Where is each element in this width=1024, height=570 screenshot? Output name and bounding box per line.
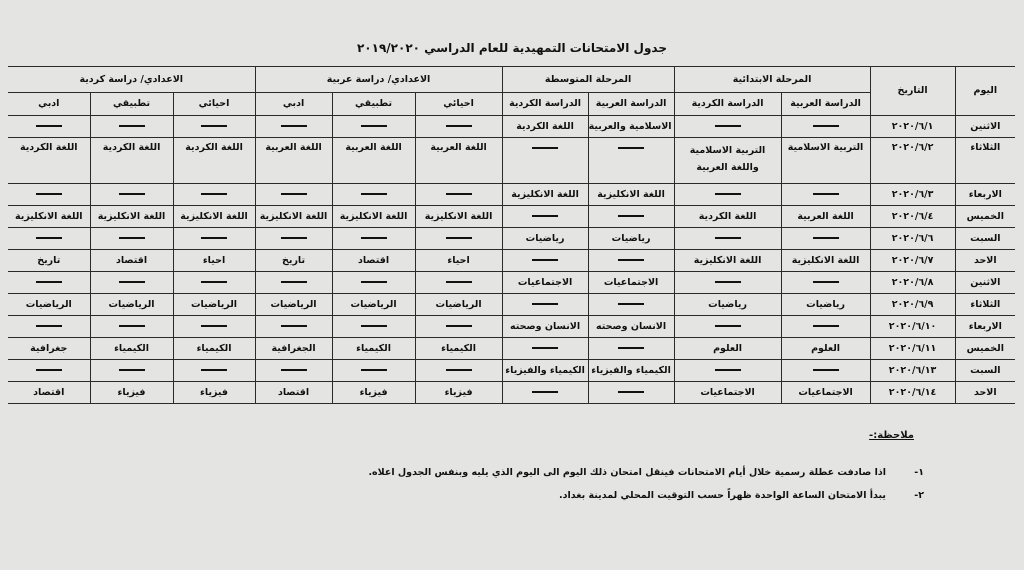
cell-intermediate-kurdish: الانسان وصحته <box>502 316 588 338</box>
dash-icon <box>813 281 839 283</box>
dash-icon <box>715 237 741 239</box>
cell-intermediate-kurdish: الاجتماعيات <box>502 272 588 294</box>
cell-prep-kurdish-literary-empty <box>8 360 90 382</box>
cell-prep-kurdish-applied-empty <box>90 228 173 250</box>
dash-icon <box>361 125 387 127</box>
dash-icon <box>119 193 145 195</box>
cell-primary-kurdish: العلوم <box>674 338 781 360</box>
table-row: الخميس٢٠٢٠/٦/٤اللغة العربيةاللغة الكردية… <box>8 206 1015 228</box>
cell-prep-kurdish-literary-empty <box>8 184 90 206</box>
header-prep-kurdish-biology: احيائي <box>173 93 255 116</box>
dash-icon <box>201 237 227 239</box>
header-date: التاريخ <box>870 67 955 116</box>
header-stage-prep-kurdish: الاعدادي/ دراسة كردية <box>8 67 255 93</box>
cell-prep-arabic-biology: الرياضيات <box>415 294 502 316</box>
header-row-tracks: الدراسة العربية الدراسة الكردية الدراسة … <box>8 93 1015 116</box>
cell-prep-arabic-literary-empty <box>255 272 332 294</box>
cell-primary-arabic: التربية الاسلامية <box>781 138 870 184</box>
cell-prep-arabic-biology-empty <box>415 228 502 250</box>
cell-date: ٢٠٢٠/٦/١٣ <box>870 360 955 382</box>
header-stage-intermediate: المرحلة المتوسطة <box>502 67 674 93</box>
cell-prep-kurdish-applied-empty <box>90 184 173 206</box>
cell-prep-kurdish-biology: احياء <box>173 250 255 272</box>
header-day: اليوم <box>955 67 1015 116</box>
cell-prep-kurdish-biology: فيزياء <box>173 382 255 404</box>
cell-date: ٢٠٢٠/٦/٢ <box>870 138 955 184</box>
dash-icon <box>532 259 558 261</box>
cell-prep-kurdish-literary-empty <box>8 228 90 250</box>
cell-primary-arabic-empty <box>781 184 870 206</box>
cell-prep-kurdish-literary: اقتصاد <box>8 382 90 404</box>
note-number: ٢- <box>886 490 924 501</box>
table-row: السبت٢٠٢٠/٦/١٣الكيمياء والفيزياءالكيمياء… <box>8 360 1015 382</box>
cell-prep-kurdish-biology-empty <box>173 184 255 206</box>
header-prep-arabic-applied: تطبيقي <box>332 93 415 116</box>
cell-day: الخميس <box>955 338 1015 360</box>
dash-icon <box>36 193 62 195</box>
cell-prep-arabic-biology-empty <box>415 184 502 206</box>
cell-prep-arabic-literary-empty <box>255 360 332 382</box>
cell-prep-kurdish-biology: اللغة الكردية <box>173 138 255 184</box>
dash-icon <box>813 325 839 327</box>
dash-icon <box>715 325 741 327</box>
dash-icon <box>446 281 472 283</box>
cell-day: الاربعاء <box>955 184 1015 206</box>
cell-day: الاحد <box>955 250 1015 272</box>
cell-primary-kurdish: اللغة الانكليزية <box>674 250 781 272</box>
cell-intermediate-arabic: رياضيات <box>588 228 674 250</box>
cell-prep-kurdish-literary: تاريخ <box>8 250 90 272</box>
dash-icon <box>119 281 145 283</box>
cell-day: الاثنين <box>955 272 1015 294</box>
dash-icon <box>813 237 839 239</box>
cell-prep-arabic-literary-empty <box>255 116 332 138</box>
dash-icon <box>618 347 644 349</box>
cell-day: الاحد <box>955 382 1015 404</box>
cell-prep-kurdish-literary-empty <box>8 316 90 338</box>
dash-icon <box>119 125 145 127</box>
dash-icon <box>361 193 387 195</box>
cell-date: ٢٠٢٠/٦/٦ <box>870 228 955 250</box>
cell-prep-kurdish-biology: اللغة الانكليزية <box>173 206 255 228</box>
cell-date: ٢٠٢٠/٦/٤ <box>870 206 955 228</box>
cell-prep-kurdish-applied-empty <box>90 272 173 294</box>
cell-prep-arabic-applied: اقتصاد <box>332 250 415 272</box>
cell-prep-kurdish-literary: الرياضيات <box>8 294 90 316</box>
cell-primary-kurdish-empty <box>674 360 781 382</box>
cell-day: الاثنين <box>955 116 1015 138</box>
dash-icon <box>201 369 227 371</box>
table-row: الاحد٢٠٢٠/٦/٧اللغة الانكليزيةاللغة الانك… <box>8 250 1015 272</box>
header-prep-arabic-biology: احيائي <box>415 93 502 116</box>
cell-intermediate-kurdish-empty <box>502 250 588 272</box>
cell-intermediate-arabic: الكيمياء والفيزياء <box>588 360 674 382</box>
cell-day: الاربعاء <box>955 316 1015 338</box>
cell-prep-arabic-applied-empty <box>332 116 415 138</box>
cell-date: ٢٠٢٠/٦/١٠ <box>870 316 955 338</box>
cell-date: ٢٠٢٠/٦/١١ <box>870 338 955 360</box>
cell-primary-kurdish-empty <box>674 184 781 206</box>
table-row: السبت٢٠٢٠/٦/٦رياضياترياضيات <box>8 228 1015 250</box>
cell-primary-kurdish: اللغة الكردية <box>674 206 781 228</box>
cell-date: ٢٠٢٠/٦/٩ <box>870 294 955 316</box>
dash-icon <box>618 391 644 393</box>
dash-icon <box>36 281 62 283</box>
cell-prep-arabic-literary: الرياضيات <box>255 294 332 316</box>
cell-intermediate-kurdish: اللغة الانكليزية <box>502 184 588 206</box>
dash-icon <box>618 259 644 261</box>
header-prep-kurdish-literary: ادبي <box>8 93 90 116</box>
cell-primary-arabic: العلوم <box>781 338 870 360</box>
dash-icon <box>281 325 307 327</box>
cell-prep-arabic-applied: الكيمياء <box>332 338 415 360</box>
header-prep-kurdish-applied: تطبيقي <box>90 93 173 116</box>
dash-icon <box>201 125 227 127</box>
dash-icon <box>715 281 741 283</box>
cell-prep-kurdish-applied: الرياضيات <box>90 294 173 316</box>
cell-prep-kurdish-biology-empty <box>173 228 255 250</box>
cell-prep-arabic-applied: فيزياء <box>332 382 415 404</box>
dash-icon <box>715 369 741 371</box>
dash-icon <box>119 237 145 239</box>
table-row: الاربعاء٢٠٢٠/٦/٣اللغة الانكليزيةاللغة ال… <box>8 184 1015 206</box>
dash-icon <box>361 237 387 239</box>
cell-prep-kurdish-biology-empty <box>173 116 255 138</box>
cell-prep-arabic-applied-empty <box>332 228 415 250</box>
dash-icon <box>532 215 558 217</box>
cell-primary-kurdish: الاجتماعيات <box>674 382 781 404</box>
cell-day: الثلاثاء <box>955 138 1015 184</box>
table-row: الاثنين٢٠٢٠/٦/١الاسلامية والعربيةاللغة ا… <box>8 116 1015 138</box>
dash-icon <box>361 369 387 371</box>
dash-icon <box>281 237 307 239</box>
cell-primary-arabic-empty <box>781 228 870 250</box>
dash-icon <box>446 237 472 239</box>
dash-icon <box>446 193 472 195</box>
cell-prep-kurdish-biology: الرياضيات <box>173 294 255 316</box>
cell-intermediate-kurdish: رياضيات <box>502 228 588 250</box>
dash-icon <box>281 125 307 127</box>
cell-prep-kurdish-literary: اللغة الكردية <box>8 138 90 184</box>
header-intermediate-arabic: الدراسة العربية <box>588 93 674 116</box>
cell-intermediate-arabic-empty <box>588 138 674 184</box>
cell-date: ٢٠٢٠/٦/٨ <box>870 272 955 294</box>
dash-icon <box>36 237 62 239</box>
cell-prep-arabic-biology-empty <box>415 316 502 338</box>
cell-prep-kurdish-literary: اللغة الانكليزية <box>8 206 90 228</box>
cell-primary-arabic-empty <box>781 316 870 338</box>
cell-intermediate-arabic-empty <box>588 250 674 272</box>
dash-icon <box>36 325 62 327</box>
cell-date: ٢٠٢٠/٦/٣ <box>870 184 955 206</box>
cell-prep-arabic-biology: اللغة العربية <box>415 138 502 184</box>
dash-icon <box>201 193 227 195</box>
dash-icon <box>532 147 558 149</box>
dash-icon <box>618 215 644 217</box>
document-title: جدول الامتحانات التمهيدية للعام الدراسي … <box>0 41 1024 55</box>
cell-prep-arabic-applied-empty <box>332 316 415 338</box>
table-row: الخميس٢٠٢٠/٦/١١العلومالعلومالكيمياءالكيم… <box>8 338 1015 360</box>
dash-icon <box>119 325 145 327</box>
cell-prep-arabic-biology-empty <box>415 272 502 294</box>
dash-icon <box>715 193 741 195</box>
dash-icon <box>36 369 62 371</box>
note-item: ٢- يبدأ الامتحان الساعة الواحدة ظهراً حس… <box>559 490 924 501</box>
dash-icon <box>532 391 558 393</box>
dash-icon <box>715 125 741 127</box>
dash-icon <box>281 369 307 371</box>
cell-prep-kurdish-applied: الكيمياء <box>90 338 173 360</box>
cell-day: السبت <box>955 228 1015 250</box>
cell-intermediate-kurdish-empty <box>502 338 588 360</box>
cell-prep-kurdish-biology: الكيمياء <box>173 338 255 360</box>
cell-prep-arabic-biology: احياء <box>415 250 502 272</box>
cell-prep-kurdish-applied: اللغة الانكليزية <box>90 206 173 228</box>
cell-intermediate-arabic: الانسان وصحته <box>588 316 674 338</box>
cell-prep-kurdish-applied: اقتصاد <box>90 250 173 272</box>
cell-prep-kurdish-biology-empty <box>173 316 255 338</box>
dash-icon <box>813 193 839 195</box>
cell-intermediate-kurdish-empty <box>502 206 588 228</box>
cell-intermediate-kurdish-empty <box>502 382 588 404</box>
cell-prep-arabic-literary-empty <box>255 228 332 250</box>
cell-primary-arabic: اللغة الانكليزية <box>781 250 870 272</box>
cell-prep-kurdish-biology-empty <box>173 272 255 294</box>
note-item: ١- اذا صادفت عطلة رسمية خلال أيام الامتح… <box>368 467 924 478</box>
cell-primary-arabic: رياضيات <box>781 294 870 316</box>
dash-icon <box>201 325 227 327</box>
cell-prep-arabic-applied: اللغة العربية <box>332 138 415 184</box>
cell-prep-kurdish-applied-empty <box>90 360 173 382</box>
dash-icon <box>446 325 472 327</box>
cell-prep-kurdish-biology-empty <box>173 360 255 382</box>
header-row-stages: اليوم التاريخ المرحلة الابتدائية المرحلة… <box>8 67 1015 93</box>
cell-day: الثلاثاء <box>955 294 1015 316</box>
dash-icon <box>281 193 307 195</box>
dash-icon <box>361 281 387 283</box>
cell-primary-arabic-empty <box>781 272 870 294</box>
header-stage-prep-arabic: الاعدادي/ دراسة عربية <box>255 67 502 93</box>
dash-icon <box>618 303 644 305</box>
cell-date: ٢٠٢٠/٦/١ <box>870 116 955 138</box>
cell-day: السبت <box>955 360 1015 382</box>
exam-schedule-table: اليوم التاريخ المرحلة الابتدائية المرحلة… <box>8 66 1015 404</box>
note-text: يبدأ الامتحان الساعة الواحدة ظهراً حسب ا… <box>559 490 886 501</box>
dash-icon <box>281 281 307 283</box>
dash-icon <box>361 325 387 327</box>
header-primary-arabic: الدراسة العربية <box>781 93 870 116</box>
cell-primary-kurdish-empty <box>674 316 781 338</box>
cell-intermediate-arabic-empty <box>588 206 674 228</box>
header-intermediate-kurdish: الدراسة الكردية <box>502 93 588 116</box>
header-prep-arabic-literary: ادبي <box>255 93 332 116</box>
cell-prep-arabic-applied-empty <box>332 360 415 382</box>
cell-prep-kurdish-applied-empty <box>90 316 173 338</box>
cell-primary-kurdish-empty <box>674 116 781 138</box>
table-row: الاحد٢٠٢٠/٦/١٤الاجتماعياتالاجتماعياتفيزي… <box>8 382 1015 404</box>
dash-icon <box>618 147 644 149</box>
table-row: الاربعاء٢٠٢٠/٦/١٠الانسان وصحتهالانسان وص… <box>8 316 1015 338</box>
dash-icon <box>532 303 558 305</box>
cell-intermediate-arabic: اللغة الانكليزية <box>588 184 674 206</box>
cell-primary-arabic-empty <box>781 360 870 382</box>
cell-date: ٢٠٢٠/٦/١٤ <box>870 382 955 404</box>
cell-intermediate-kurdish: الكيمياء والفيزياء <box>502 360 588 382</box>
cell-intermediate-arabic-empty <box>588 382 674 404</box>
dash-icon <box>813 369 839 371</box>
table-row: الاثنين٢٠٢٠/٦/٨الاجتماعياتالاجتماعيات <box>8 272 1015 294</box>
dash-icon <box>36 125 62 127</box>
cell-prep-arabic-applied: الرياضيات <box>332 294 415 316</box>
cell-prep-arabic-literary: الجغرافية <box>255 338 332 360</box>
dash-icon <box>532 347 558 349</box>
cell-prep-arabic-biology: اللغة الانكليزية <box>415 206 502 228</box>
table-row: الثلاثاء٢٠٢٠/٦/٢التربية الاسلاميةالتربية… <box>8 138 1015 184</box>
note-text: اذا صادفت عطلة رسمية خلال أيام الامتحانا… <box>368 467 886 478</box>
cell-prep-arabic-literary: تاريخ <box>255 250 332 272</box>
cell-prep-arabic-literary: اقتصاد <box>255 382 332 404</box>
cell-intermediate-arabic-empty <box>588 294 674 316</box>
note-number: ١- <box>886 467 924 478</box>
cell-primary-arabic: الاجتماعيات <box>781 382 870 404</box>
cell-day: الخميس <box>955 206 1015 228</box>
header-stage-primary: المرحلة الابتدائية <box>674 67 870 93</box>
cell-intermediate-kurdish-empty <box>502 138 588 184</box>
exam-schedule-table-wrapper: اليوم التاريخ المرحلة الابتدائية المرحلة… <box>8 66 1015 404</box>
cell-primary-kurdish: رياضيات <box>674 294 781 316</box>
cell-prep-arabic-literary-empty <box>255 184 332 206</box>
cell-intermediate-arabic: الاجتماعيات <box>588 272 674 294</box>
cell-prep-arabic-literary: اللغة الانكليزية <box>255 206 332 228</box>
cell-prep-arabic-biology-empty <box>415 116 502 138</box>
header-primary-kurdish: الدراسة الكردية <box>674 93 781 116</box>
cell-primary-kurdish-empty <box>674 228 781 250</box>
cell-prep-arabic-applied: اللغة الانكليزية <box>332 206 415 228</box>
cell-prep-kurdish-literary-empty <box>8 272 90 294</box>
cell-prep-arabic-biology-empty <box>415 360 502 382</box>
cell-primary-kurdish-empty <box>674 272 781 294</box>
cell-prep-arabic-literary: اللغة العربية <box>255 138 332 184</box>
dash-icon <box>119 369 145 371</box>
cell-prep-arabic-applied-empty <box>332 272 415 294</box>
cell-prep-kurdish-literary: جغرافية <box>8 338 90 360</box>
cell-prep-kurdish-literary-empty <box>8 116 90 138</box>
cell-intermediate-arabic: الاسلامية والعربية <box>588 116 674 138</box>
cell-date: ٢٠٢٠/٦/٧ <box>870 250 955 272</box>
cell-intermediate-arabic-empty <box>588 338 674 360</box>
dash-icon <box>446 125 472 127</box>
dash-icon <box>813 125 839 127</box>
cell-prep-kurdish-applied: اللغة الكردية <box>90 138 173 184</box>
dash-icon <box>201 281 227 283</box>
cell-primary-kurdish: التربية الاسلامية واللغة العربية <box>674 138 781 184</box>
cell-prep-arabic-literary-empty <box>255 316 332 338</box>
cell-intermediate-kurdish: اللغة الكردية <box>502 116 588 138</box>
notes-heading: ملاحظة:- <box>869 430 914 441</box>
table-row: الثلاثاء٢٠٢٠/٦/٩رياضياترياضياتالرياضياتا… <box>8 294 1015 316</box>
cell-primary-arabic: اللغة العربية <box>781 206 870 228</box>
schedule-body: الاثنين٢٠٢٠/٦/١الاسلامية والعربيةاللغة ا… <box>8 116 1015 404</box>
cell-prep-arabic-biology: فيزياء <box>415 382 502 404</box>
cell-intermediate-kurdish-empty <box>502 294 588 316</box>
cell-prep-arabic-applied-empty <box>332 184 415 206</box>
dash-icon <box>446 369 472 371</box>
cell-prep-kurdish-applied-empty <box>90 116 173 138</box>
cell-prep-kurdish-applied: فيزياء <box>90 382 173 404</box>
cell-prep-arabic-biology: الكيمياء <box>415 338 502 360</box>
cell-primary-arabic-empty <box>781 116 870 138</box>
